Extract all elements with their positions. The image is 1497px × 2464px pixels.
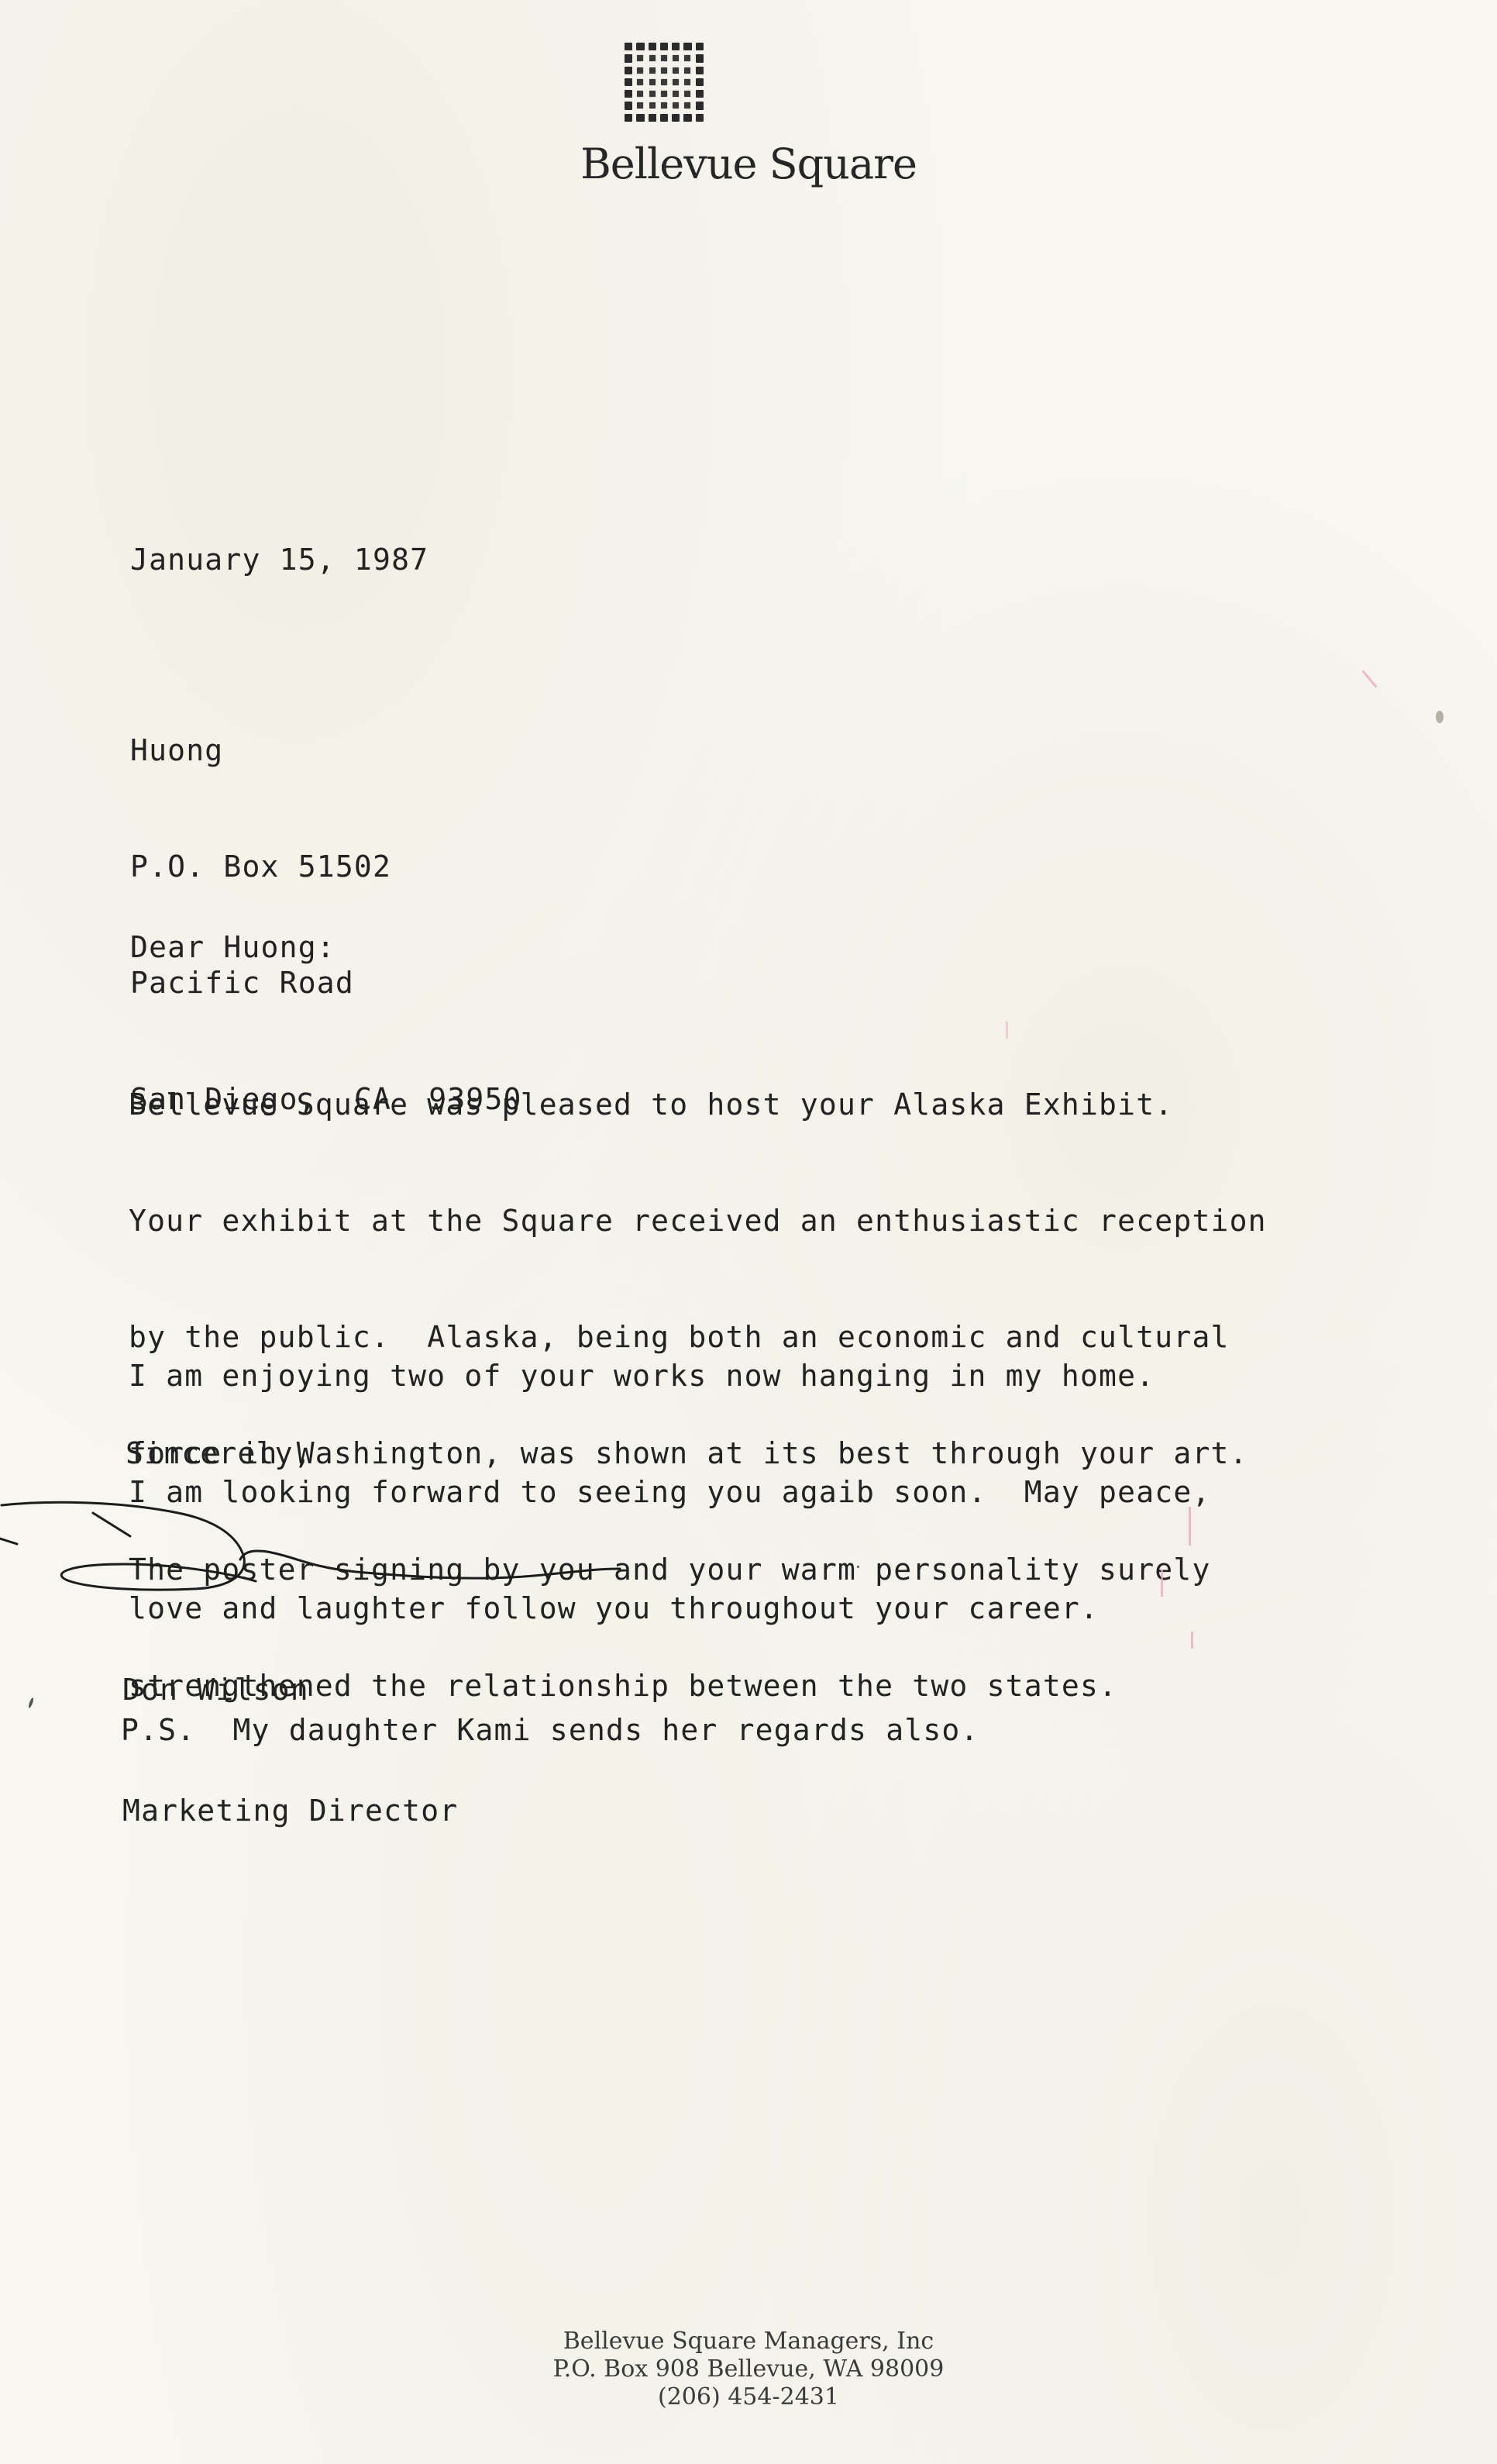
logo-square [673, 79, 679, 85]
recipient-po-box: P.O. Box 51502 [130, 847, 522, 886]
paragraph-line: Your exhibit at the Square received an e… [129, 1201, 1267, 1240]
logo-square [625, 67, 632, 74]
logo-square [637, 91, 643, 97]
paragraph-line: Bellevue Square was pleased to host your… [129, 1085, 1267, 1124]
logo-square [684, 91, 690, 97]
logo-square [672, 43, 680, 50]
logo-square [625, 90, 632, 98]
logo-square [673, 55, 679, 61]
logo-square [661, 102, 667, 109]
stray-pink-mark [1006, 1022, 1008, 1039]
logo-square [696, 43, 704, 50]
logo-square [625, 43, 632, 50]
stray-pink-mark [1161, 1570, 1163, 1597]
letter-date: January 15, 1987 [130, 540, 428, 579]
closing: Sincerely, [126, 1434, 312, 1473]
paragraph-line: I am enjoying two of your works now hang… [129, 1356, 1211, 1395]
logo-square [636, 114, 644, 122]
logo-square [683, 114, 691, 122]
footer-address: P.O. Box 908 Bellevue, WA 98009 [0, 2355, 1497, 2383]
logo-square [684, 102, 690, 109]
logo-square [637, 67, 643, 73]
logo-square [673, 102, 679, 109]
logo-square [637, 79, 643, 85]
letterhead-footer: Bellevue Square Managers, Inc P.O. Box 9… [0, 2328, 1497, 2411]
logo-square [684, 79, 690, 85]
stray-pink-mark [1189, 1507, 1191, 1546]
logo-square [625, 78, 632, 86]
logo-square [673, 91, 679, 97]
logo-square [660, 43, 668, 50]
logo-square [696, 114, 704, 122]
logo-square [696, 102, 704, 109]
logo-square [649, 91, 655, 97]
recipient-name: Huong [130, 731, 522, 770]
paper-stain [1436, 711, 1444, 723]
logo-square [649, 79, 655, 85]
postscript: P.S. My daughter Kami sends her regards … [121, 1711, 979, 1749]
signer-title: Marketing Director [122, 1790, 458, 1831]
logo-square [649, 55, 655, 61]
logo-square [696, 78, 704, 86]
logo-square [661, 79, 667, 85]
logo-square [649, 67, 655, 73]
logo-square [649, 102, 655, 109]
logo-square [649, 114, 656, 122]
logo-square [684, 67, 690, 73]
logo-square [661, 91, 667, 97]
logo-square [637, 55, 643, 61]
logo-square [696, 67, 704, 74]
stray-pink-mark [1191, 1632, 1193, 1649]
bellevue-square-logo-icon [625, 43, 704, 122]
logo-square [672, 114, 680, 122]
footer-phone: (206) 454-2431 [0, 2383, 1497, 2411]
logo-square [625, 102, 632, 109]
logo-square [625, 114, 632, 122]
logo-square [661, 55, 667, 61]
ink-speck [28, 1697, 35, 1709]
logo-square [684, 55, 690, 61]
logo-square [661, 67, 667, 73]
handwritten-signature-icon [0, 1473, 635, 1604]
logo-square [636, 43, 644, 50]
logo-square [625, 54, 632, 62]
logo-square [673, 67, 679, 73]
signer-name: Don Wilson [122, 1670, 458, 1710]
recipient-street: Pacific Road [130, 963, 522, 1002]
logo-square [696, 90, 704, 98]
ink-speck [857, 1566, 859, 1568]
logo-square [696, 54, 704, 62]
logo-square [649, 43, 656, 50]
footer-company: Bellevue Square Managers, Inc [0, 2328, 1497, 2355]
logo-square [683, 43, 691, 50]
logo-square [637, 102, 643, 109]
salutation: Dear Huong: [130, 928, 336, 967]
stray-pink-mark [1361, 670, 1377, 688]
logo-square [660, 114, 668, 122]
letterhead-company-name: Bellevue Square [0, 140, 1497, 188]
